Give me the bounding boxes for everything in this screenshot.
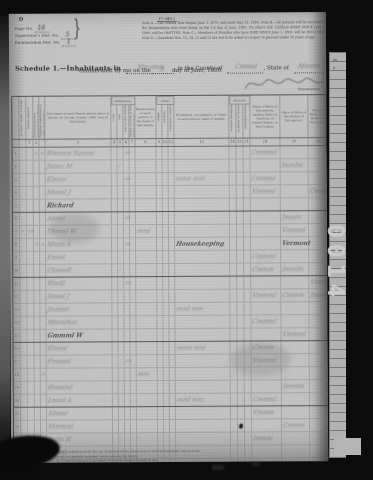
table-cell-c16 — [230, 147, 237, 159]
table-cell-occ — [176, 420, 231, 432]
col-header-rel: Relationship of each person to the head … — [135, 96, 156, 138]
col-header-label: Place of Birth of the Father of this per… — [280, 109, 307, 123]
table-cell-fb — [281, 302, 309, 314]
table-cell-bp: Cmmmd — [251, 146, 281, 158]
table-cell-c3 — [28, 343, 35, 355]
column-number: 26 — [308, 138, 328, 145]
handwritten-entry: Vermont — [281, 238, 312, 249]
table-cell-mb — [310, 432, 328, 444]
table-cell-fb: Immlm — [282, 380, 310, 392]
table-cell-mb — [309, 159, 329, 171]
table-cell-c16 — [230, 160, 237, 172]
table-cell-c16 — [230, 277, 237, 289]
table-cell-fb — [282, 341, 310, 353]
table-cell-c3 — [27, 265, 34, 277]
census-scan-viewer: { "film": { "frame_number": "0014" }, "p… — [0, 0, 373, 480]
table-cell-c16 — [230, 251, 237, 263]
table-cell-c18 — [244, 225, 251, 237]
table-cell-c16 — [231, 420, 238, 432]
table-cell-bp: Cmmml — [251, 250, 281, 262]
table-cell-c2 — [21, 421, 28, 433]
table-cell-mb — [309, 224, 328, 236]
table-cell-rel — [136, 199, 157, 211]
note-line: Note D.—Questions Nos. 13, 14, 22 and 23… — [142, 35, 316, 40]
table-cell-fb: Vermont — [281, 237, 309, 249]
table-cell-c17 — [237, 173, 244, 185]
table-cell-c3 — [27, 174, 34, 186]
handwritten-entry: Cmmml — [252, 394, 278, 405]
table-cell-c17 — [238, 407, 245, 419]
handwritten-entry: Immm — [252, 433, 274, 444]
handwritten-entry: Lmml A — [47, 396, 73, 407]
table-cell-name: Mmmml — [47, 420, 113, 432]
table-cell-name: Richard — [46, 199, 112, 211]
printed-notes: Note A.—The Census Year begins June 1, 1… — [142, 20, 326, 41]
table-cell-c17 — [237, 238, 244, 250]
brace-mark: } — [73, 17, 81, 43]
table-cell-c9: nn — [124, 238, 130, 250]
table-cell-occ — [175, 290, 230, 302]
table-cell-c17 — [237, 199, 244, 211]
table-cell-occ — [175, 160, 230, 172]
col-header-bp: Place of Birth of this person, naming St… — [250, 95, 280, 137]
page-no-value: 16 — [34, 25, 48, 33]
table-cell-c2 — [21, 369, 28, 381]
handwritten-entry: n — [34, 240, 39, 251]
table-cell-rn: 3 — [13, 174, 20, 186]
table-cell-fb — [282, 354, 310, 366]
table-cell-rel — [137, 407, 158, 419]
table-cell-c18 — [245, 394, 252, 406]
table-cell-rel — [137, 342, 158, 354]
table-cell-mb — [309, 172, 329, 184]
table-cell-c18 — [244, 147, 251, 159]
col-header-mb: Place of Birth of the Mother of this per… — [308, 95, 328, 137]
table-cell-bp — [251, 198, 281, 210]
table-cell-occ — [176, 433, 231, 445]
table-cell-bp — [252, 367, 282, 379]
col-header-label: In cities: Name of street — [21, 99, 24, 136]
handwritten-entry: mmn mnl — [175, 174, 206, 185]
table-cell-c3 — [28, 382, 35, 394]
table-cell-fb: Cmmm — [281, 289, 309, 301]
column-number: 25 — [280, 138, 308, 145]
col-header-fb: Place of Birth of the Father of this per… — [280, 95, 308, 137]
table-cell-c16 — [230, 290, 237, 302]
table-cell-c18 — [244, 303, 251, 315]
table-cell-c16 — [231, 381, 238, 393]
table-cell-rn: 4 — [13, 187, 20, 199]
handwritten-entry: Cmmm — [251, 342, 275, 353]
table-cell-fb — [281, 172, 309, 184]
column-group-header: PERSONAL DESCRIPTION. — [111, 96, 135, 105]
column-number — [19, 140, 26, 147]
table-cell-c17 — [237, 147, 244, 159]
column-group-header: CIVIL CONDITION. — [156, 96, 174, 105]
table-cell-c2 — [21, 356, 28, 368]
handwritten-entry: Immm — [309, 290, 328, 301]
table-cell-c16 — [230, 329, 237, 341]
table-cell-occ — [175, 329, 230, 341]
table-cell-c2 — [20, 330, 27, 342]
table-cell-rn: 20 — [14, 395, 21, 407]
table-cell-rel — [136, 238, 157, 250]
table-cell-fb — [281, 315, 309, 327]
scan-smudge — [252, 462, 260, 466]
table-cell-rel — [136, 212, 157, 224]
handwritten-entry: Cmmml — [251, 316, 277, 327]
table-cell-c2 — [20, 291, 27, 303]
table-cell-mb — [310, 419, 328, 431]
day-handwriting: 2l — [158, 67, 165, 73]
handwritten-entry: Immlm — [282, 381, 306, 392]
table-cell-bp: Vmmm — [252, 406, 282, 418]
table-cell-occ — [175, 277, 230, 289]
table-cell-occ — [176, 381, 231, 393]
table-cell-c17 — [237, 186, 244, 198]
table-cell-occ — [176, 355, 231, 367]
handwritten-entry: Thmml W — [46, 226, 78, 237]
handwritten-entry: mml mm — [175, 304, 204, 315]
table-cell-rn: 21 — [14, 408, 21, 420]
table-cell-c18 — [245, 368, 252, 380]
handwritten-entry: Elmnv — [46, 175, 68, 186]
table-cell-rn: 1 — [13, 148, 20, 160]
table-cell-c3 — [27, 187, 34, 199]
table-cell-occ: mml mm — [176, 394, 231, 406]
table-cell-c17 — [237, 277, 244, 289]
table-cell-rel — [136, 173, 157, 185]
table-cell-rel — [136, 277, 157, 289]
table-cell-name: Mmm A — [46, 238, 112, 250]
table-cell-c9: nn — [124, 212, 130, 224]
col-header-label: Place of Birth of the Mother of this per… — [308, 107, 328, 125]
table-cell-c16 — [230, 316, 237, 328]
table-cell-occ — [175, 212, 230, 224]
col-header-label: Families numbered in order of visitation — [39, 98, 44, 138]
table-cell-c18 — [244, 329, 251, 341]
table-cell-c3 — [27, 252, 34, 264]
table-cell-fb: Vmmml — [281, 328, 309, 340]
table-cell-occ — [175, 199, 230, 211]
table-cell-mb — [309, 328, 328, 340]
handwritten-entry: Cmmm — [251, 264, 275, 275]
table-cell-rn: 2 — [13, 161, 20, 173]
table-cell-c16 — [231, 394, 238, 406]
table-cell-rel — [136, 316, 157, 328]
table-cell-c3 — [27, 239, 34, 251]
table-cell-rel — [136, 160, 157, 172]
table-cell-name: Mmmthm — [46, 316, 112, 328]
corner-mark: D — [19, 17, 23, 23]
table-cell-fb — [281, 146, 309, 158]
table-cell-c18 — [245, 420, 252, 432]
table-cell-occ — [176, 407, 231, 419]
table-cell-c16 — [231, 342, 238, 354]
table-cell-c17 — [238, 368, 245, 380]
table-cell-rn: 17 — [14, 356, 21, 368]
table-cell-bp — [251, 302, 281, 314]
handwritten-entry: Elmml — [46, 344, 68, 355]
table-cell-c2 — [20, 278, 27, 290]
table-cell-bp — [252, 380, 282, 392]
table-cell-c2 — [20, 200, 27, 212]
facing-page-text-fragment: S — [333, 66, 335, 70]
table-cell-c3 — [27, 278, 34, 290]
table-cell-rel — [136, 329, 157, 341]
table-cell-rn: 16 — [14, 343, 21, 355]
column-number: 14 — [229, 139, 236, 146]
handwritten-entry: Mmmthm — [46, 317, 78, 328]
table-cell-mb — [309, 315, 328, 327]
table-cell-mb — [309, 250, 328, 262]
table-cell-c18 — [244, 290, 251, 302]
table-cell-c2 — [21, 382, 28, 394]
table-cell-c2 — [20, 161, 27, 173]
handwritten-entry: Cmmm — [282, 420, 306, 431]
table-cell-rn: 13 — [13, 304, 20, 316]
table-cell-rel — [137, 433, 158, 445]
table-cell-name: Elmnv — [46, 173, 112, 185]
handwritten-entry: Mmm A — [46, 240, 72, 251]
table-cell-c3 — [28, 395, 35, 407]
table-cell-mb — [309, 146, 329, 158]
table-cell-name: Fmmml — [47, 355, 113, 367]
handwritten-entry: Housekeeping — [175, 239, 225, 250]
table-cell-c16 — [230, 238, 237, 250]
table-cell-name: Jmmml — [46, 303, 112, 315]
handwritten-entry: Vmmm — [309, 277, 328, 288]
table-cell-bp: Vmmml — [251, 289, 281, 301]
line2-post: day of June, 1880. — [172, 68, 223, 74]
table-cell-mb — [309, 263, 328, 275]
handwritten-entry: Mmmml — [47, 421, 74, 432]
table-cell-fb — [281, 198, 309, 210]
handwritten-entry: Smml J — [46, 292, 70, 303]
table-cell-occ: mml mm — [175, 303, 230, 315]
table-cell-bp: Cmmml — [252, 393, 282, 405]
table-cell-c18 — [245, 355, 252, 367]
table-cell-fb — [282, 406, 310, 418]
table-cell-mb — [309, 211, 328, 223]
table-cell-c17 — [238, 342, 245, 354]
table-cell-c3 — [27, 330, 34, 342]
table-cell-c3 — [28, 369, 35, 381]
table-cell-rn: 12 — [13, 291, 20, 303]
table-cell-rn: 8 — [13, 239, 20, 251]
table-cell-name: Emml — [46, 251, 112, 263]
handwritten-entry: Emml — [46, 253, 66, 264]
table-cell-c3: nn — [27, 226, 34, 238]
table-cell-mb — [310, 393, 328, 405]
table-cell-c2 — [20, 252, 27, 264]
table-cell-c18 — [244, 160, 251, 172]
table-cell-mb: Vmmm — [309, 276, 328, 288]
table-cell-name: Thmml W — [46, 225, 112, 237]
table-cell-name: Amml — [46, 212, 112, 224]
table-cell-c3 — [27, 148, 34, 160]
table-cell-occ: mmn mnl — [176, 342, 231, 354]
handwritten-entry: Amml — [46, 214, 66, 225]
table-cell-rel — [136, 290, 157, 302]
col-header-name: The Name of each Person whose place of a… — [45, 96, 111, 138]
footnote-line: Note 3.—Questions 13, 14, 22 and 23 are … — [19, 458, 259, 463]
table-cell-rn: 15 — [13, 330, 20, 342]
handwritten-entry: n — [20, 227, 25, 238]
table-cell-c9: nn — [124, 173, 130, 185]
table-cell-fb — [281, 276, 309, 288]
table-cell-fb — [282, 367, 310, 379]
ink-blot — [239, 424, 243, 429]
table-cell-rel — [136, 251, 157, 263]
table-cell-c17 — [237, 290, 244, 302]
table-cell-rn: 10 — [13, 265, 20, 277]
table-cell-c3 — [27, 161, 34, 173]
handwritten-entry: n — [39, 149, 44, 160]
table-cell-c16 — [231, 407, 238, 419]
table-cell-c18 — [244, 238, 251, 250]
table-cell-rn: 18 — [14, 369, 21, 381]
handwritten-entry: n — [41, 370, 46, 381]
handwritten-entry: mmn mnl — [175, 343, 206, 354]
table-cell-c17 — [237, 251, 244, 263]
state-handwriting: Mmmn — [298, 63, 321, 70]
table-cell-fb: Immlm — [281, 159, 309, 171]
handwritten-entry: Immlm — [281, 264, 305, 275]
col-header-label: Months unemployed — [231, 101, 234, 132]
table-cell-c2: n — [20, 226, 27, 238]
handwritten-entry: Richard — [46, 200, 75, 211]
handwritten-entry: Gmmml W — [46, 330, 84, 341]
table-cell-occ — [175, 251, 230, 263]
facing-page-bottom-corner — [334, 438, 361, 455]
table-cell-c17 — [238, 381, 245, 393]
table-cell-fb: Immm — [281, 211, 309, 223]
table-cell-c16 — [231, 368, 238, 380]
col-header-label — [14, 117, 16, 119]
table-cell-c3 — [27, 213, 34, 225]
col-header-label: Dwelling houses numbered in order of vis… — [33, 98, 38, 138]
handwritten-entry: Immlm — [280, 160, 304, 171]
handwritten-entry: n — [40, 240, 45, 251]
table-cell-c18 — [244, 199, 251, 211]
handwritten-entry: Cmmm — [281, 290, 305, 301]
table-cell-fb — [282, 445, 310, 457]
col-header-label: Sex — [118, 114, 121, 120]
handwritten-entry: Almml — [47, 409, 69, 420]
handwritten-entry: Cmmml — [251, 173, 277, 184]
handwritten-entry: Cmmm — [309, 186, 329, 197]
table-cell-rel — [136, 303, 157, 315]
table-cell-mb — [310, 458, 328, 463]
table-cell-fb: Vmmml — [281, 224, 309, 236]
table-cell-fb: mm — [282, 458, 310, 463]
handwritten-entry: Fmmml — [47, 357, 72, 368]
table-cell-rel — [137, 420, 158, 432]
handwritten-entry: Vmmml — [281, 329, 307, 340]
table-cell-c17 — [238, 420, 245, 432]
table-cell-occ — [175, 316, 230, 328]
col-header-label: Place of Birth of this person, naming St… — [250, 103, 279, 129]
table-cell-bp — [251, 224, 281, 236]
table-cell-c17 — [237, 303, 244, 315]
table-cell-rel — [137, 394, 158, 406]
handwritten-entry: Immm — [281, 212, 303, 223]
table-cell-c16 — [230, 186, 237, 198]
column-number — [12, 140, 19, 147]
table-cell-c17 — [237, 225, 244, 237]
table-cell-mb: Immm — [309, 289, 328, 301]
table-cell-mb — [309, 237, 328, 249]
table-cell-c2 — [20, 174, 27, 186]
col-header-label: Sickness or disability — [238, 100, 241, 132]
column-number: 15 — [236, 139, 243, 146]
table-cell-c18 — [245, 407, 252, 419]
line2-pre: enumerated by me on the — [79, 68, 151, 74]
table-cell-name: Hmmml — [47, 381, 113, 393]
handwritten-entry: Vmmm — [252, 407, 276, 418]
table-cell-c16 — [230, 303, 237, 315]
col-header-label: Relationship of each person to the head … — [135, 106, 156, 128]
table-cell-name: Lmml A — [47, 394, 113, 406]
table-cell-occ — [175, 264, 230, 276]
table-cell-mb — [310, 367, 328, 379]
table-cell-name: Wmlll — [46, 277, 112, 289]
handwritten-entry: Wmlll — [46, 279, 66, 290]
table-cell-name: Gmmml W — [46, 329, 112, 341]
table-cell-bp — [251, 159, 281, 171]
column-number: 21 — [243, 139, 250, 146]
table-cell-c16 — [231, 355, 238, 367]
table-cell-bp: Vmmml — [251, 185, 281, 197]
table-cell-bp — [251, 211, 281, 223]
table-cell-c18 — [245, 433, 252, 445]
col-header-label: House number — [28, 106, 31, 128]
table-cell-name: Jmmv M — [46, 160, 112, 172]
table-header-row: In cities: Name of streetHouse numberDwe… — [12, 95, 328, 140]
table-cell-rel: mml — [136, 225, 157, 237]
table-cell-mb — [310, 341, 329, 353]
table-cell-c2 — [21, 408, 28, 420]
table-cell-c3 — [28, 421, 35, 433]
table-cell-fb: Immlm — [281, 263, 309, 275]
table-cell-c16 — [230, 199, 237, 211]
census-page: D (7-349.) Page No. 16 Supervisor's Dist… — [9, 12, 328, 463]
scan-smudge — [212, 465, 224, 470]
table-cell-occ — [175, 186, 230, 198]
handwritten-entry: Vmmml — [252, 355, 278, 366]
state-label: , State of — [264, 65, 289, 71]
table-cell-name: Smml J — [46, 290, 112, 302]
table-cell-c2 — [20, 265, 27, 277]
table-cell-c9: nn — [124, 277, 130, 289]
column-number: 13 — [174, 139, 229, 146]
table-cell-bp: Cmmm — [251, 263, 281, 275]
table-cell-occ: Housekeeping — [175, 238, 230, 250]
handwritten-entry: mml — [136, 226, 152, 237]
column-group-header: HEALTH. — [229, 96, 250, 105]
table-cell-c3 — [28, 408, 35, 420]
col-header-label: Single — [157, 112, 160, 122]
table-cell-c9: nn — [125, 355, 131, 367]
table-cell-c18 — [244, 251, 251, 263]
table-cell-mb — [309, 302, 328, 314]
table-cell-c18 — [244, 173, 251, 185]
table-cell-bp: Cmmml — [251, 172, 281, 184]
table-cell-c18 — [244, 277, 251, 289]
table-cell-rel — [136, 147, 157, 159]
col-header-label: Color — [112, 113, 115, 121]
